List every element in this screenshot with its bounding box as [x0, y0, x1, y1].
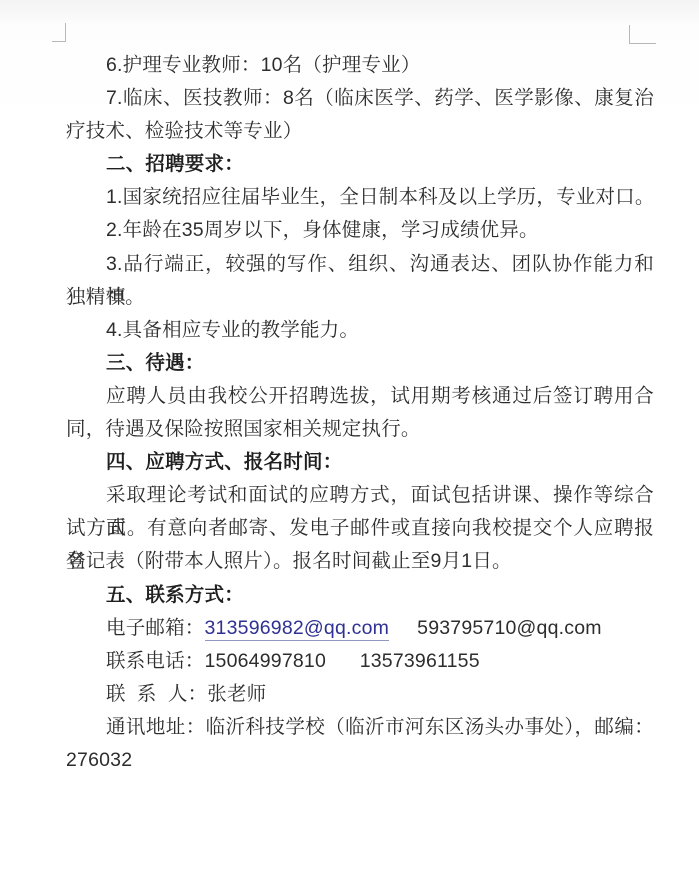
- text-run: 4.具备相应专业的教学能力。: [106, 319, 359, 341]
- document-line: 4.具备相应专业的教学能力。: [66, 314, 654, 347]
- document-line: 联 系 人：张老师: [66, 678, 654, 711]
- document-line: 采取理论考试和面试的应聘方式，面试包括讲课、操作等综合面: [66, 479, 654, 512]
- document-line: 通讯地址：临沂科技学校（临沂市河东区汤头办事处），邮编：: [66, 711, 654, 744]
- document-line: 应聘人员由我校公开招聘选拔，试用期考核通过后签订聘用合: [66, 380, 654, 413]
- email-link[interactable]: 313596982@qq.com: [205, 617, 390, 641]
- document-line: 1.国家统招应往届毕业生，全日制本科及以上学历，专业对口。: [66, 181, 654, 214]
- document-heading-line: 三、待遇：: [66, 347, 654, 380]
- document-line: 试方式。有意向者邮寄、发电子邮件或直接向我校提交个人应聘报名: [66, 512, 654, 545]
- document-line: 276032: [66, 744, 654, 777]
- document-body: 6.护理专业教师：10名（护理专业）7.临床、医技教师：8名（临床医学、药学、医…: [66, 49, 654, 777]
- text-run: 三、待遇：: [106, 352, 205, 374]
- text-run: 2.年龄在35周岁以下，身体健康，学习成绩优异。: [106, 219, 539, 241]
- document-heading-line: 五、联系方式：: [66, 579, 654, 612]
- document-line: 2.年龄在35周岁以下，身体健康，学习成绩优异。: [66, 214, 654, 247]
- document-line: 疗技术、检验技术等专业）: [66, 115, 654, 148]
- text-run: 联 系 人：张老师: [106, 683, 266, 705]
- page-margin-corner-mark-left: [52, 23, 66, 42]
- text-run: 独精神。: [66, 286, 145, 308]
- text-run: 593795710@qq.com: [417, 617, 602, 639]
- text-run: [389, 617, 417, 639]
- text-run: 通讯地址：临沂科技学校（临沂市河东区汤头办事处），邮编：: [106, 716, 654, 738]
- text-run: 电子邮箱：: [106, 617, 205, 639]
- document-line: 登记表（附带本人照片）。报名时间截止至9月1日。: [66, 545, 654, 578]
- text-run: 二、招聘要求：: [106, 153, 244, 175]
- document-line: 7.临床、医技教师：8名（临床医学、药学、医学影像、康复治: [66, 82, 654, 115]
- text-run: 7.临床、医技教师：8名（临床医学、药学、医学影像、康复治: [106, 87, 654, 109]
- document-line: 联系电话：15064997810 13573961155: [66, 645, 654, 678]
- document-line: 3.品行端正，较强的写作、组织、沟通表达、团队协作能力和慎: [66, 248, 654, 281]
- document-line: 电子邮箱：313596982@qq.com 593795710@qq.com: [66, 612, 654, 645]
- page-margin-corner-mark-right: [629, 25, 656, 44]
- text-run: 应聘人员由我校公开招聘选拔，试用期考核通过后签订聘用合: [106, 385, 654, 407]
- text-run: 6.护理专业教师：10名（护理专业）: [106, 54, 421, 76]
- document-heading-line: 四、应聘方式、报名时间：: [66, 446, 654, 479]
- text-run: 1.国家统招应往届毕业生，全日制本科及以上学历，专业对口。: [106, 186, 655, 208]
- text-run: 四、应聘方式、报名时间：: [106, 451, 342, 473]
- text-run: 276032: [66, 749, 132, 771]
- text-run: 同，待遇及保险按照国家相关规定执行。: [66, 418, 421, 440]
- document-heading-line: 二、招聘要求：: [66, 148, 654, 181]
- document-line: 独精神。: [66, 281, 654, 314]
- document-line: 6.护理专业教师：10名（护理专业）: [66, 49, 654, 82]
- text-run: 五、联系方式：: [106, 584, 244, 606]
- document-line: 同，待遇及保险按照国家相关规定执行。: [66, 413, 654, 446]
- text-run: 疗技术、检验技术等专业）: [66, 120, 302, 142]
- text-run: 登记表（附带本人照片）。报名时间截止至9月1日。: [66, 550, 512, 572]
- text-run: 联系电话：15064997810 13573961155: [106, 650, 480, 672]
